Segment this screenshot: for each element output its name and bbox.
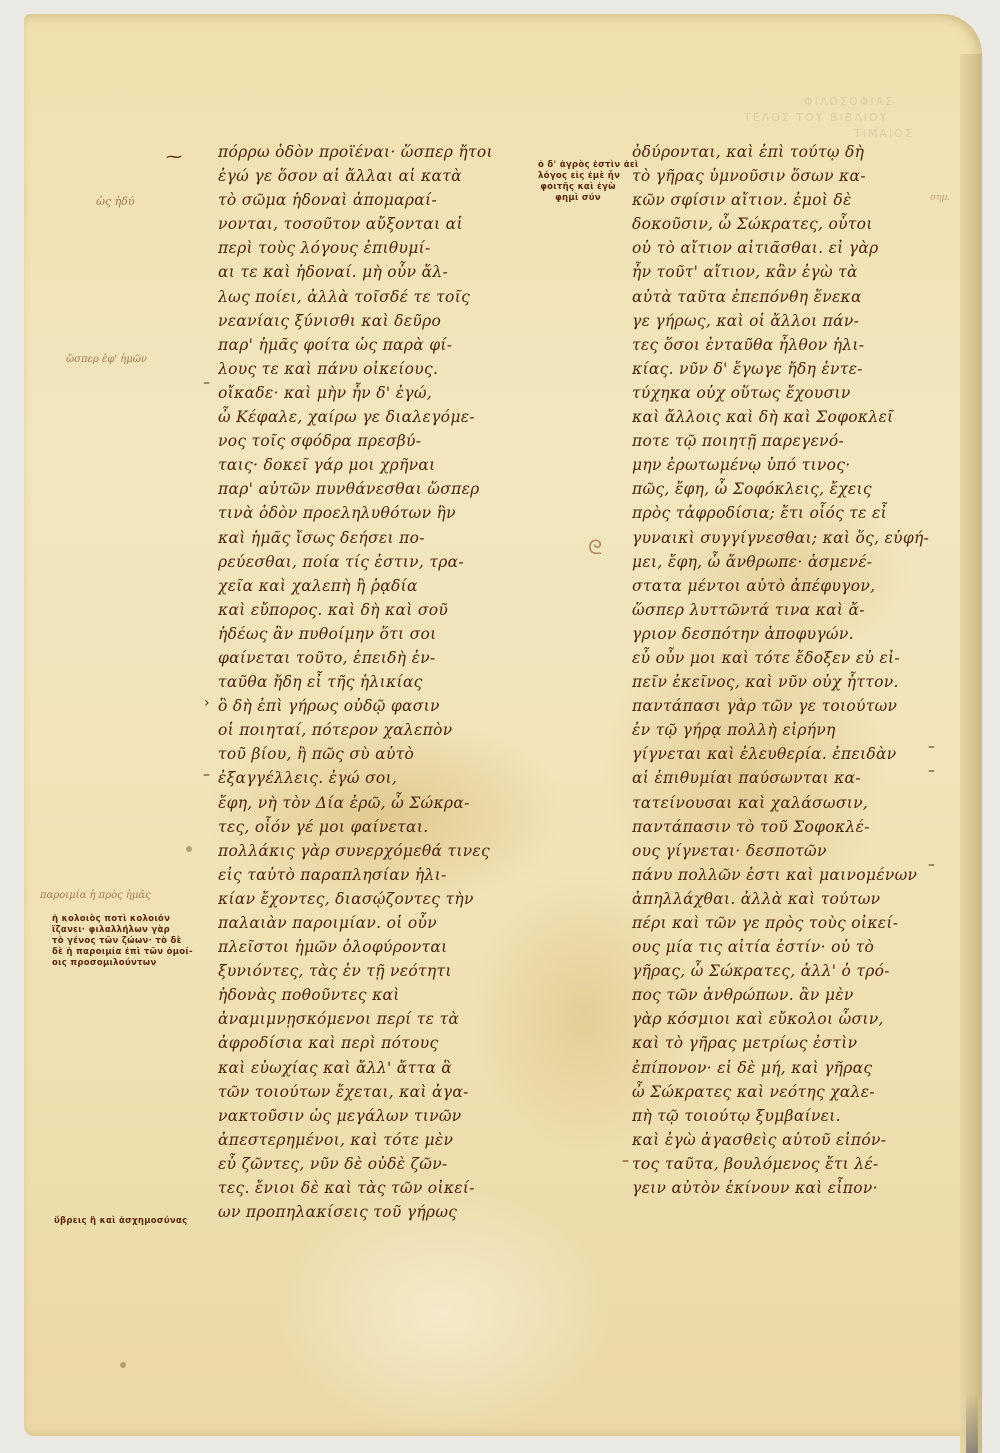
- margin-note-hosper: ὥσπερ ἐφ' ἡμῶν: [66, 354, 147, 366]
- dash-marker: –: [203, 376, 210, 390]
- edge-damage: [966, 1394, 978, 1453]
- margin-note-proverb-header: παροιμία ἡ πρὸς ἡμᾶς: [40, 890, 151, 902]
- text-line: κίαν ἔχοντες, διασῴζοντες τὴν: [218, 887, 528, 911]
- text-line: νεανίαις ξύνισθι καὶ δεῦρο: [218, 309, 528, 333]
- text-line: πλεῖστοι ἡμῶν ὀλοφύρονται: [218, 935, 528, 959]
- text-line: οἴκαδε· καὶ μὴν ἦν δ' ἐγώ,: [218, 381, 528, 405]
- text-line: ἐξαγγέλλεις. ἐγώ σοι,: [218, 766, 528, 790]
- text-line: λους τε καὶ πάνυ οἰκείους.: [218, 357, 528, 381]
- text-line: ους γίγνεται· δεσποτῶν: [632, 839, 932, 863]
- text-line: τοῦ βίου, ἢ πῶς σὺ αὐτὸ: [218, 742, 528, 766]
- text-line: μην ἐρωτωμένῳ ὑπό τινος·: [632, 453, 932, 477]
- text-line: ους μία τις αἰτία ἐστίν· οὐ τὸ: [632, 935, 932, 959]
- text-line: τες, οἷόν γέ μοι φαίνεται.: [218, 815, 528, 839]
- text-line: εὖ ζῶντες, νῦν δὲ οὐδὲ ζῶν-: [218, 1152, 528, 1176]
- text-line: γίγνεται καὶ ἐλευθερία. ἐπειδὰν: [632, 742, 932, 766]
- text-line: τῶν τοιούτων ἔχεται, καὶ ἀγα-: [218, 1080, 528, 1104]
- text-line: λως ποίει, ἀλλὰ τοῖσδέ τε τοῖς: [218, 285, 528, 309]
- margin-note-column-gap: ὁ δ' ἀγρὸς ἐστὶν ἀεὶ λόγος εἰς ἐμὲ ἦν φο…: [538, 160, 618, 204]
- text-line: ἡδονὰς ποθοῦντες καὶ: [218, 983, 528, 1007]
- text-line: τὸ σῶμα ἡδοναὶ ἀπομαραί-: [218, 188, 528, 212]
- text-line: περὶ τοὺς λόγους ἐπιθυμί-: [218, 236, 528, 260]
- text-line: ἐν τῷ γήρᾳ πολλὴ εἰρήνη: [632, 718, 932, 742]
- parchment-hole: [186, 846, 192, 852]
- text-line: παντάπασιν τὸ τοῦ Σοφοκλέ-: [632, 815, 932, 839]
- text-line: πόρρω ὁδὸν προϊέναι· ὥσπερ ἤτοι: [218, 140, 528, 164]
- text-line: κίας. νῦν δ' ἔγωγε ἤδη ἐντε-: [632, 357, 932, 381]
- text-line: πάνυ πολλῶν ἐστι καὶ μαινομένων: [632, 863, 932, 887]
- text-line: παλαιὰν παροιμίαν. οἱ οὖν: [218, 911, 528, 935]
- text-line: ἡδέως ἂν πυθοίμην ὅτι σοι: [218, 622, 528, 646]
- text-line: κῶν σφίσιν αἴτιον. ἐμοὶ δὲ: [632, 188, 932, 212]
- dash-marker: –: [203, 768, 210, 782]
- dash-marker: –: [622, 1154, 629, 1168]
- text-line: ἦν τοῦτ' αἴτιον, κἂν ἐγὼ τὰ: [632, 260, 932, 284]
- text-line: ἐγώ γε ὅσον αἱ ἄλλαι αἱ κατὰ: [218, 164, 528, 188]
- text-line: τατείνουσαι καὶ χαλάσωσιν,: [632, 791, 932, 815]
- text-line: ὥσπερ λυττῶντά τινα καὶ ἄ-: [632, 598, 932, 622]
- text-line: αι τε καὶ ἡδοναί. μὴ οὖν ἄλ-: [218, 260, 528, 284]
- text-line: πὴ τῷ τοιούτῳ ξυμβαίνει.: [632, 1104, 932, 1128]
- text-line: ταις· δοκεῖ γάρ μοι χρῆναι: [218, 453, 528, 477]
- text-line: στατα μέντοι αὐτὸ ἀπέφυγον,: [632, 574, 932, 598]
- text-line: ρεύεσθαι, ποία τίς ἐστιν, τρα-: [218, 550, 528, 574]
- text-line: αὐτὰ ταῦτα ἐπεπόνθη ἕνεκα: [632, 285, 932, 309]
- text-line: τὸ γῆρας ὑμνοῦσιν ὅσων κα-: [632, 164, 932, 188]
- margin-note-right-faint: σημ.: [930, 192, 950, 204]
- text-line: ἔφη, νὴ τὸν Δία ἐρῶ, ὦ Σώκρα-: [218, 791, 528, 815]
- chevron-marker: ›: [204, 696, 210, 710]
- text-line: ἀπεστερημένοι, καὶ τότε μὲν: [218, 1128, 528, 1152]
- text-line: ποτε τῷ ποιητῇ παρεγενό-: [632, 429, 932, 453]
- text-line: ταῦθα ἤδη εἶ τῆς ἡλικίας: [218, 670, 528, 694]
- page-fore-edge: [960, 54, 982, 1453]
- text-line: οὐ τὸ αἴτιον αἰτιᾶσθαι. εἰ γὰρ: [632, 236, 932, 260]
- text-line: ων προπηλακίσεις τοῦ γήρως: [218, 1200, 528, 1224]
- text-line: πος τῶν ἀνθρώπων. ἂν μὲν: [632, 983, 932, 1007]
- text-line: καὶ εὐωχίας καὶ ἄλλ' ἄττα ἃ: [218, 1056, 528, 1080]
- text-line: πέρι καὶ τῶν γε πρὸς τοὺς οἰκεί-: [632, 911, 932, 935]
- text-line: φαίνεται τοῦτο, ἐπειδὴ ἐν-: [218, 646, 528, 670]
- text-line: καὶ τὸ γῆρας μετρίως ἐστὶν: [632, 1031, 932, 1055]
- hook-marker: ᘓ: [588, 540, 602, 554]
- text-line: πεῖν ἐκεῖνος, καὶ νῦν οὐχ ἧττον.: [632, 670, 932, 694]
- text-line: ὃ δὴ ἐπὶ γήρως οὐδῷ φασιν: [218, 694, 528, 718]
- text-line: τύχηκα οὐχ οὕτως ἔχουσιν: [632, 381, 932, 405]
- text-line: πολλάκις γὰρ συνερχόμεθά τινες: [218, 839, 528, 863]
- margin-note-bottom: ὕβρεις ἢ καὶ ἀσχημοσύνας: [54, 1216, 187, 1227]
- text-line: ἀπηλλάχθαι. ἀλλὰ καὶ τούτων: [632, 887, 932, 911]
- text-line: γε γήρως, καὶ οἱ ἄλλοι πάν-: [632, 309, 932, 333]
- text-line: ἀναμιμνῃσκόμενοι περί τε τὰ: [218, 1007, 528, 1031]
- text-line: τες ὅσοι ἐνταῦθα ἦλθον ἡλι-: [632, 333, 932, 357]
- text-line: ἐπίπονον· εἰ δὲ μή, καὶ γῆρας: [632, 1056, 932, 1080]
- text-line: εἰς ταὐτὸ παραπλησίαν ἡλι-: [218, 863, 528, 887]
- text-line: παρ' ἡμᾶς φοίτα ὡς παρὰ φί-: [218, 333, 528, 357]
- text-line: ὦ Σώκρατες καὶ νεότης χαλε-: [632, 1080, 932, 1104]
- text-line: καὶ ἄλλοις καὶ δὴ καὶ Σοφοκλεῖ: [632, 405, 932, 429]
- text-line: τος ταῦτα, βουλόμενος ἔτι λέ-: [632, 1152, 932, 1176]
- text-column-left: πόρρω ὁδὸν προϊέναι· ὥσπερ ἤτοι ἐγώ γε ὅ…: [218, 140, 528, 1224]
- margin-note-hos-hedu: ὡς ἡδύ: [96, 196, 135, 208]
- text-line: παντάπασι γὰρ τῶν γε τοιούτων: [632, 694, 932, 718]
- text-line: ὀδύρονται, καὶ ἐπὶ τούτῳ δὴ: [632, 140, 932, 164]
- text-line: πῶς, ἔφη, ὦ Σοφόκλεις, ἔχεις: [632, 477, 932, 501]
- text-line: αἱ ἐπιθυμίαι παύσωνται κα-: [632, 766, 932, 790]
- text-line: γυναικὶ συγγίγνεσθαι; καὶ ὅς, εὐφή-: [632, 526, 932, 550]
- text-line: οἱ ποιηταί, πότερον χαλεπὸν: [218, 718, 528, 742]
- text-line: νονται, τοσοῦτον αὔξονται αἱ: [218, 212, 528, 236]
- parchment-hole: [120, 1362, 126, 1368]
- text-line: καὶ ἐγὼ ἀγασθεὶς αὐτοῦ εἰπόν-: [632, 1128, 932, 1152]
- text-line: νακτοῦσιν ὡς μεγάλων τινῶν: [218, 1104, 528, 1128]
- text-line: χεῖα καὶ χαλεπὴ ἢ ῥᾳδία: [218, 574, 528, 598]
- text-column-right: ὀδύρονται, καὶ ἐπὶ τούτῳ δὴ τὸ γῆρας ὑμν…: [632, 140, 932, 1200]
- text-line: γῆρας, ὦ Σώκρατες, ἀλλ' ὁ τρό-: [632, 959, 932, 983]
- text-line: τινὰ ὁδὸν προεληλυθότων ἣν: [218, 501, 528, 525]
- show-through-text: ΦΙΛΟΣΟΦΙΑΣ ΤΕΛΟΣ ΤΟΥ ΒΙΒΛΙΟΥ ΤΙΜΑΙΟΣ: [744, 94, 974, 142]
- text-line: γριον δεσπότην ἀποφυγών.: [632, 622, 932, 646]
- text-line: ξυνιόντες, τὰς ἐν τῇ νεότητι: [218, 959, 528, 983]
- text-line: τες. ἔνιοι δὲ καὶ τὰς τῶν οἰκεί-: [218, 1176, 528, 1200]
- text-line: ὦ Κέφαλε, χαίρω γε διαλεγόμε-: [218, 405, 528, 429]
- text-line: δοκοῦσιν, ὦ Σώκρατες, οὗτοι: [632, 212, 932, 236]
- text-line: νος τοῖς σφόδρα πρεσβύ-: [218, 429, 528, 453]
- text-line: γειν αὐτὸν ἐκίνουν καὶ εἶπον·: [632, 1176, 932, 1200]
- margin-symbol: ⁓: [166, 150, 182, 164]
- text-line: πρὸς τἀφροδίσια; ἔτι οἷός τε εἶ: [632, 501, 932, 525]
- margin-note-proverb: ἡ κολοιὸς ποτὶ κολοιόν ἵζανει· φιλαλλήλω…: [52, 914, 193, 969]
- text-line: ἀφροδίσια καὶ περὶ πότους: [218, 1031, 528, 1055]
- text-line: καὶ εὔπορος. καὶ δὴ καὶ σοῦ: [218, 598, 528, 622]
- text-line: γὰρ κόσμιοι καὶ εὔκολοι ὦσιν,: [632, 1007, 932, 1031]
- text-line: παρ' αὐτῶν πυνθάνεσθαι ὥσπερ: [218, 477, 528, 501]
- text-line: καὶ ἡμᾶς ἴσως δεήσει πο-: [218, 526, 528, 550]
- text-line: μει, ἔφη, ὦ ἄνθρωπε· ἁσμενέ-: [632, 550, 932, 574]
- text-line: εὖ οὖν μοι καὶ τότε ἔδοξεν εὐ εἰ-: [632, 646, 932, 670]
